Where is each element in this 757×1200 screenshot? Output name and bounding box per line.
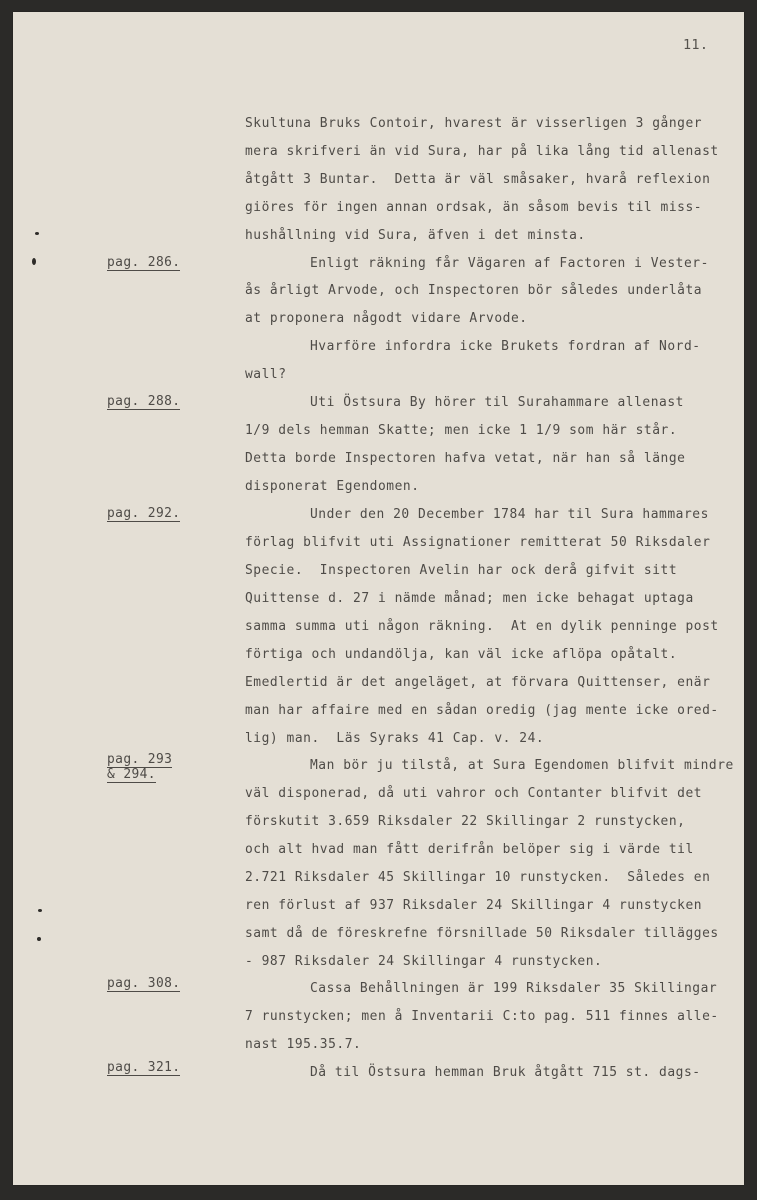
text-line: Skultuna Bruks Contoir, hvarest är visse…	[245, 116, 702, 132]
paper-speck	[37, 937, 41, 941]
text-line: Enligt räkning får Vägaren af Factoren i…	[310, 256, 709, 272]
text-line: giöres för ingen annan ordsak, än såsom …	[245, 200, 702, 216]
text-line: Under den 20 December 1784 har til Sura …	[310, 507, 709, 523]
margin-reference-text: pag. 286.	[107, 256, 180, 271]
margin-page-reference: pag. 321.	[107, 1061, 180, 1076]
text-line: Quittense d. 27 i nämde månad; men icke …	[245, 591, 694, 607]
text-line: Detta borde Inspectoren hafva vetat, när…	[245, 451, 685, 467]
margin-page-reference: pag. 288.	[107, 395, 180, 410]
text-line: 7 runstycken; men å Inventarii C:to pag.…	[245, 1009, 719, 1025]
text-line: ås årligt Arvode, och Inspectoren bör så…	[245, 283, 702, 299]
text-line: Cassa Behållningen är 199 Riksdaler 35 S…	[310, 981, 717, 997]
text-line: och alt hvad man fått derifrån belöper s…	[245, 842, 694, 858]
paper-speck	[32, 258, 36, 265]
text-line: väl disponerad, då uti vahror och Contan…	[245, 786, 702, 802]
text-line: man har affaire med en sådan oredig (jag…	[245, 703, 719, 719]
margin-reference-text: pag. 288.	[107, 395, 180, 410]
text-line: Uti Östsura By hörer til Surahammare all…	[310, 395, 684, 411]
margin-reference-text: pag. 321.	[107, 1061, 180, 1076]
page-number: 11.	[683, 37, 708, 53]
margin-page-reference: pag. 292.	[107, 507, 180, 522]
text-line: Då til Östsura hemman Bruk åtgått 715 st…	[310, 1065, 701, 1081]
text-line: wall?	[245, 367, 287, 383]
paper-speck	[38, 909, 42, 912]
text-line: 1/9 dels hemman Skatte; men icke 1 1/9 s…	[245, 423, 677, 439]
text-line: förlag blifvit uti Assignationer remitte…	[245, 535, 710, 551]
text-line: hushållning vid Sura, äfven i det minsta…	[245, 228, 586, 244]
margin-page-reference: pag. 286.	[107, 256, 180, 271]
margin-reference-text: pag. 293	[107, 753, 172, 768]
text-line: samma summa uti någon räkning. At en dyl…	[245, 619, 719, 635]
margin-reference-text: pag. 292.	[107, 507, 180, 522]
text-line: 2.721 Riksdaler 45 Skillingar 10 runstyc…	[245, 870, 710, 886]
text-line: Hvarföre infordra icke Brukets fordran a…	[310, 339, 701, 355]
margin-page-reference: pag. 308.	[107, 977, 180, 992]
margin-page-reference: pag. 293& 294.	[107, 753, 172, 783]
text-line: at proponera någodt vidare Arvode.	[245, 311, 528, 327]
text-line: Emedlertid är det angeläget, at förvara …	[245, 675, 710, 691]
text-line: samt då de föreskrefne försnillade 50 Ri…	[245, 926, 719, 942]
text-line: ren förlust af 937 Riksdaler 24 Skilling…	[245, 898, 702, 914]
text-line: åtgått 3 Buntar. Detta är väl småsaker, …	[245, 172, 710, 188]
paper-speck	[35, 232, 39, 235]
text-line: förtiga och undandölja, kan väl icke afl…	[245, 647, 677, 663]
text-line: Man bör ju tilstå, at Sura Egendomen bli…	[310, 758, 734, 774]
text-line: Specie. Inspectoren Avelin har ock derå …	[245, 563, 677, 579]
text-line: disponerat Egendomen.	[245, 479, 420, 495]
margin-reference-text: & 294.	[107, 768, 156, 783]
text-line: förskutit 3.659 Riksdaler 22 Skillingar …	[245, 814, 685, 830]
text-line: - 987 Riksdaler 24 Skillingar 4 runstyck…	[245, 954, 602, 970]
text-line: mera skrifveri än vid Sura, har på lika …	[245, 144, 719, 160]
margin-reference-text: pag. 308.	[107, 977, 180, 992]
text-line: lig) man. Läs Syraks 41 Cap. v. 24.	[245, 731, 544, 747]
text-line: nast 195.35.7.	[245, 1037, 361, 1053]
